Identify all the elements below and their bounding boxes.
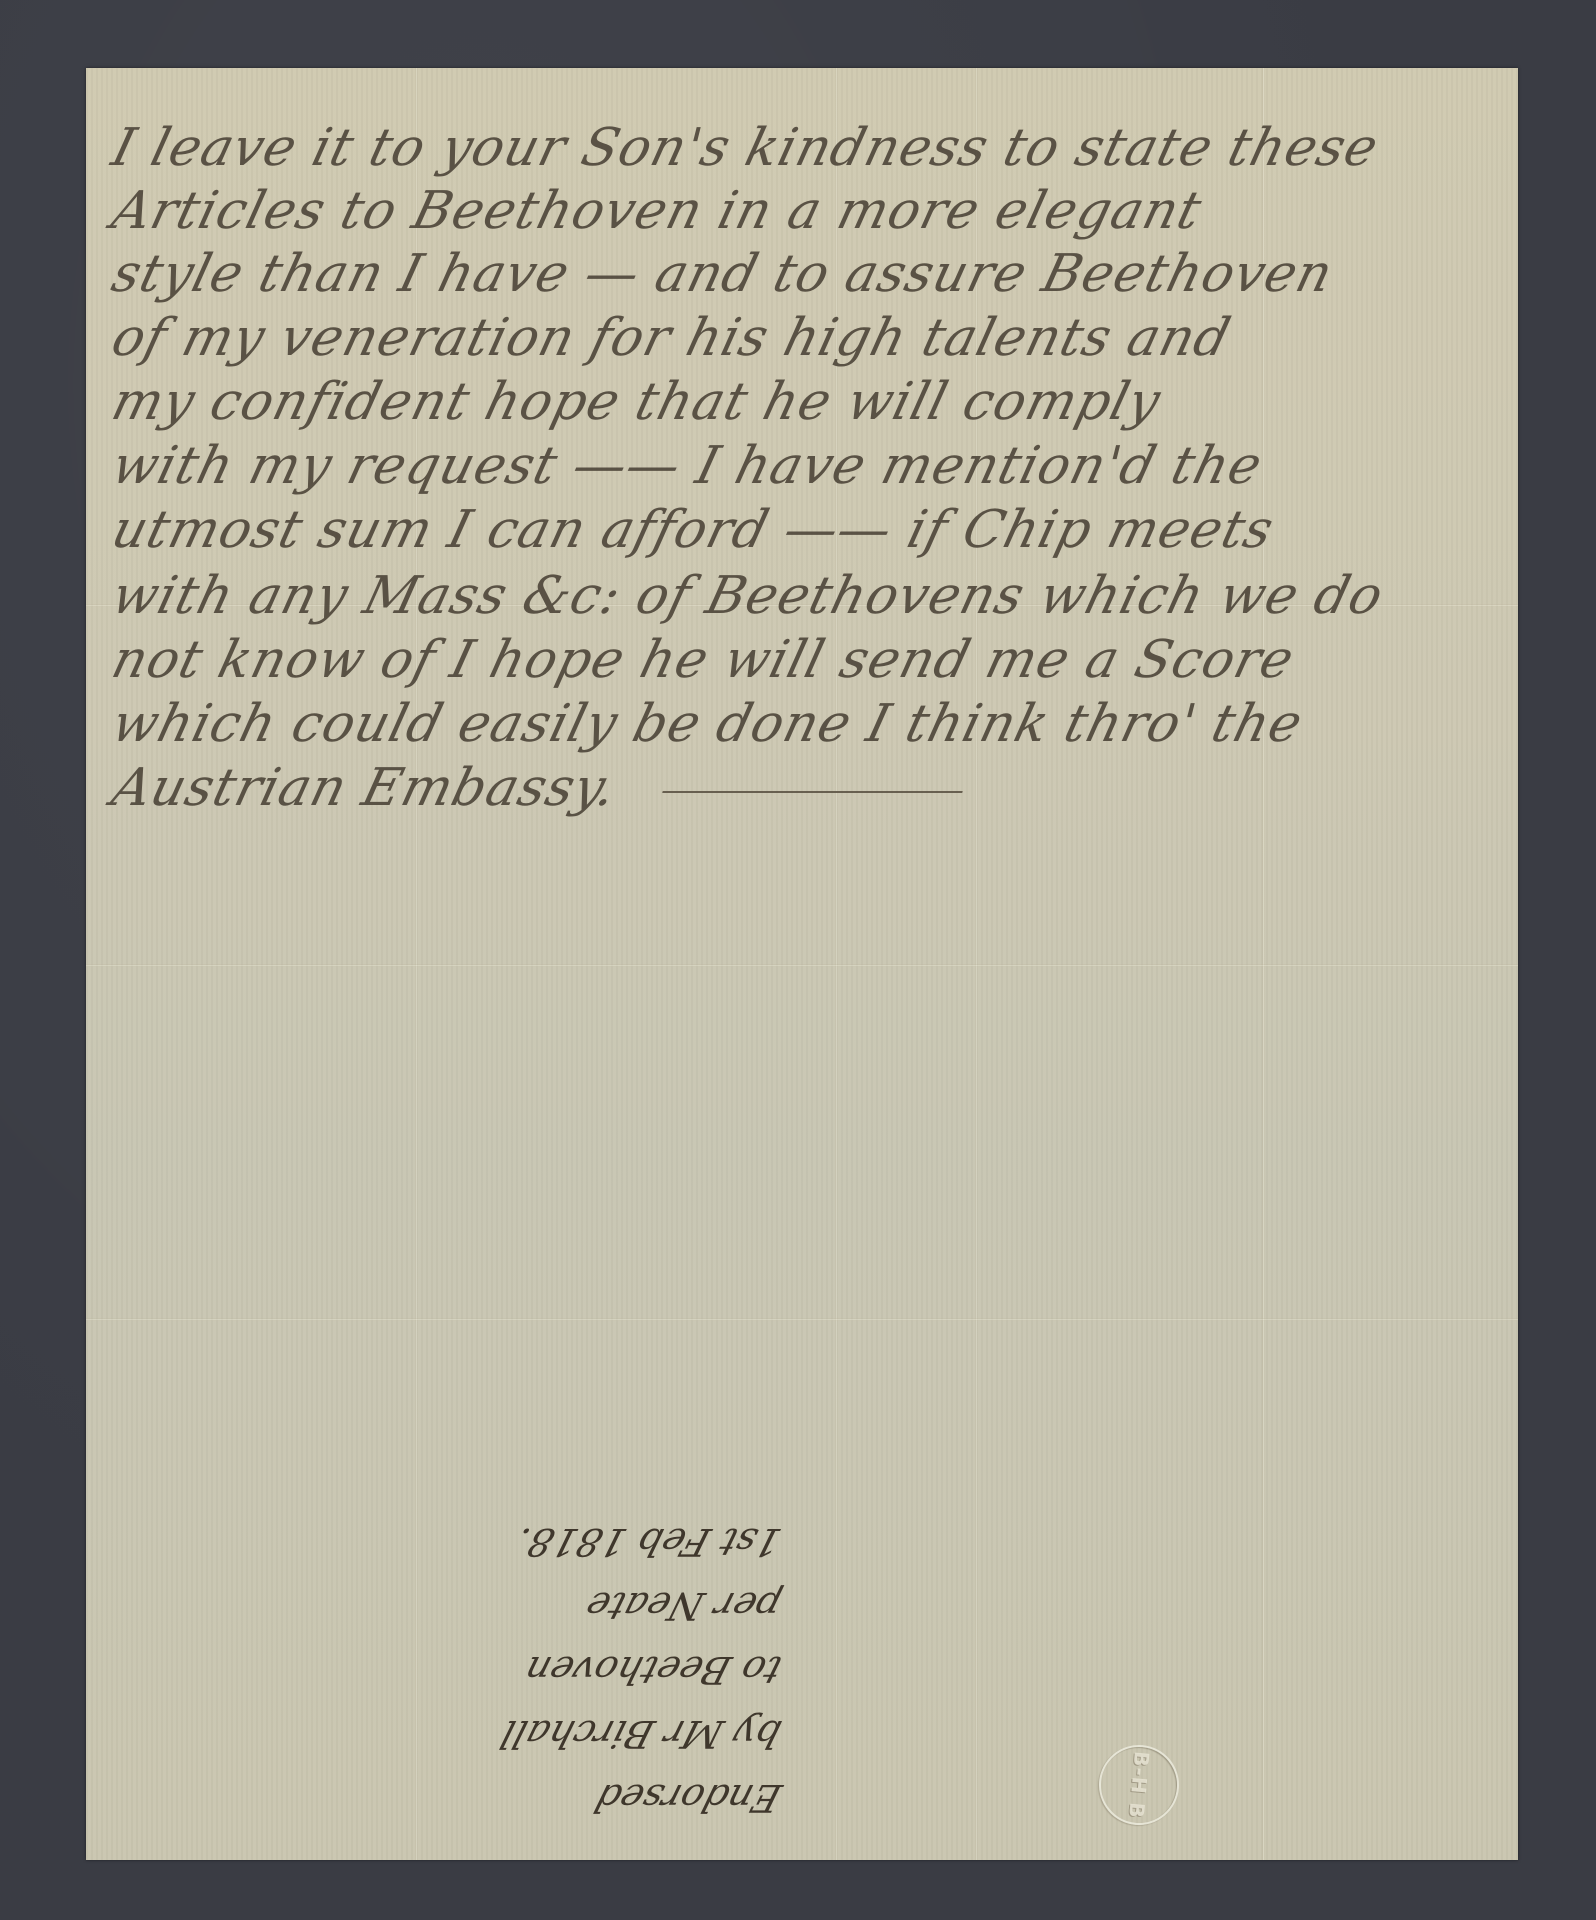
letter-line-3: style than I have — and to assure Beetho…	[106, 244, 1339, 304]
letter-line-4: of my veneration for his high talents an…	[106, 308, 1237, 368]
endorsement-line: Endorsed	[431, 1766, 789, 1830]
letter-sheet: I leave it to your Son's kindness to sta…	[86, 68, 1518, 1860]
fold-crease	[86, 1318, 1518, 1321]
letter-closing-text: Austrian Embassy.	[106, 758, 623, 818]
letter-line-5: my confident hope that he will comply	[106, 372, 1167, 432]
letter-line-2: Articles to Beethoven in a more elegant	[106, 181, 1208, 241]
letter-line-11: Austrian Embassy.	[106, 758, 971, 818]
letter-line-7: utmost sum I can afford —— if Chip meets	[106, 500, 1280, 560]
fold-crease	[86, 964, 1518, 967]
letter-line-6: with my request —— I have mention'd the	[106, 436, 1268, 496]
endorsement-line: 1st Feb 1818.	[431, 1510, 789, 1574]
stamp-text: B-H B	[1124, 1750, 1154, 1819]
endorsement-line: to Beethoven	[431, 1638, 789, 1702]
closing-flourish-line	[662, 791, 962, 793]
letter-line-8: with any Mass &c: of Beethovens which we…	[106, 566, 1390, 626]
letter-line-9: not know of I hope he will send me a Sco…	[106, 630, 1300, 690]
endorsement-line: by Mr Birchall	[431, 1702, 789, 1766]
letter-line-1: I leave it to your Son's kindness to sta…	[106, 118, 1385, 178]
endorsement-note: Endorsed by Mr Birchall to Beethoven per…	[440, 1530, 780, 1830]
endorsement-line: per Neate	[431, 1574, 789, 1638]
letter-line-10: which could easily be done I think thro'…	[106, 694, 1309, 754]
